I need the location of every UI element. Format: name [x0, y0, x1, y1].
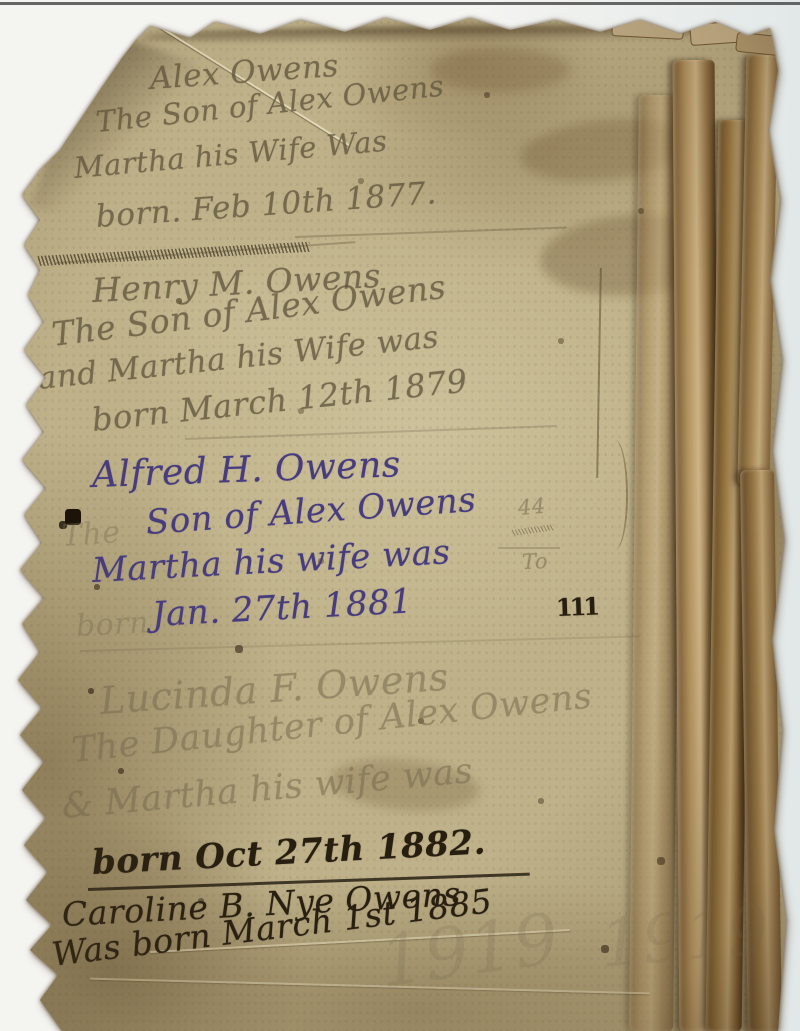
page-wrap: Alex Owens The Son of Alex Owens Martha …	[0, 0, 800, 1031]
edge-vignette	[0, 0, 800, 1031]
foxing-spots	[0, 0, 2, 2]
scanned-document-canvas: Alex Owens The Son of Alex Owens Martha …	[0, 0, 800, 1031]
scanned-page: Alex Owens The Son of Alex Owens Martha …	[0, 0, 800, 1031]
